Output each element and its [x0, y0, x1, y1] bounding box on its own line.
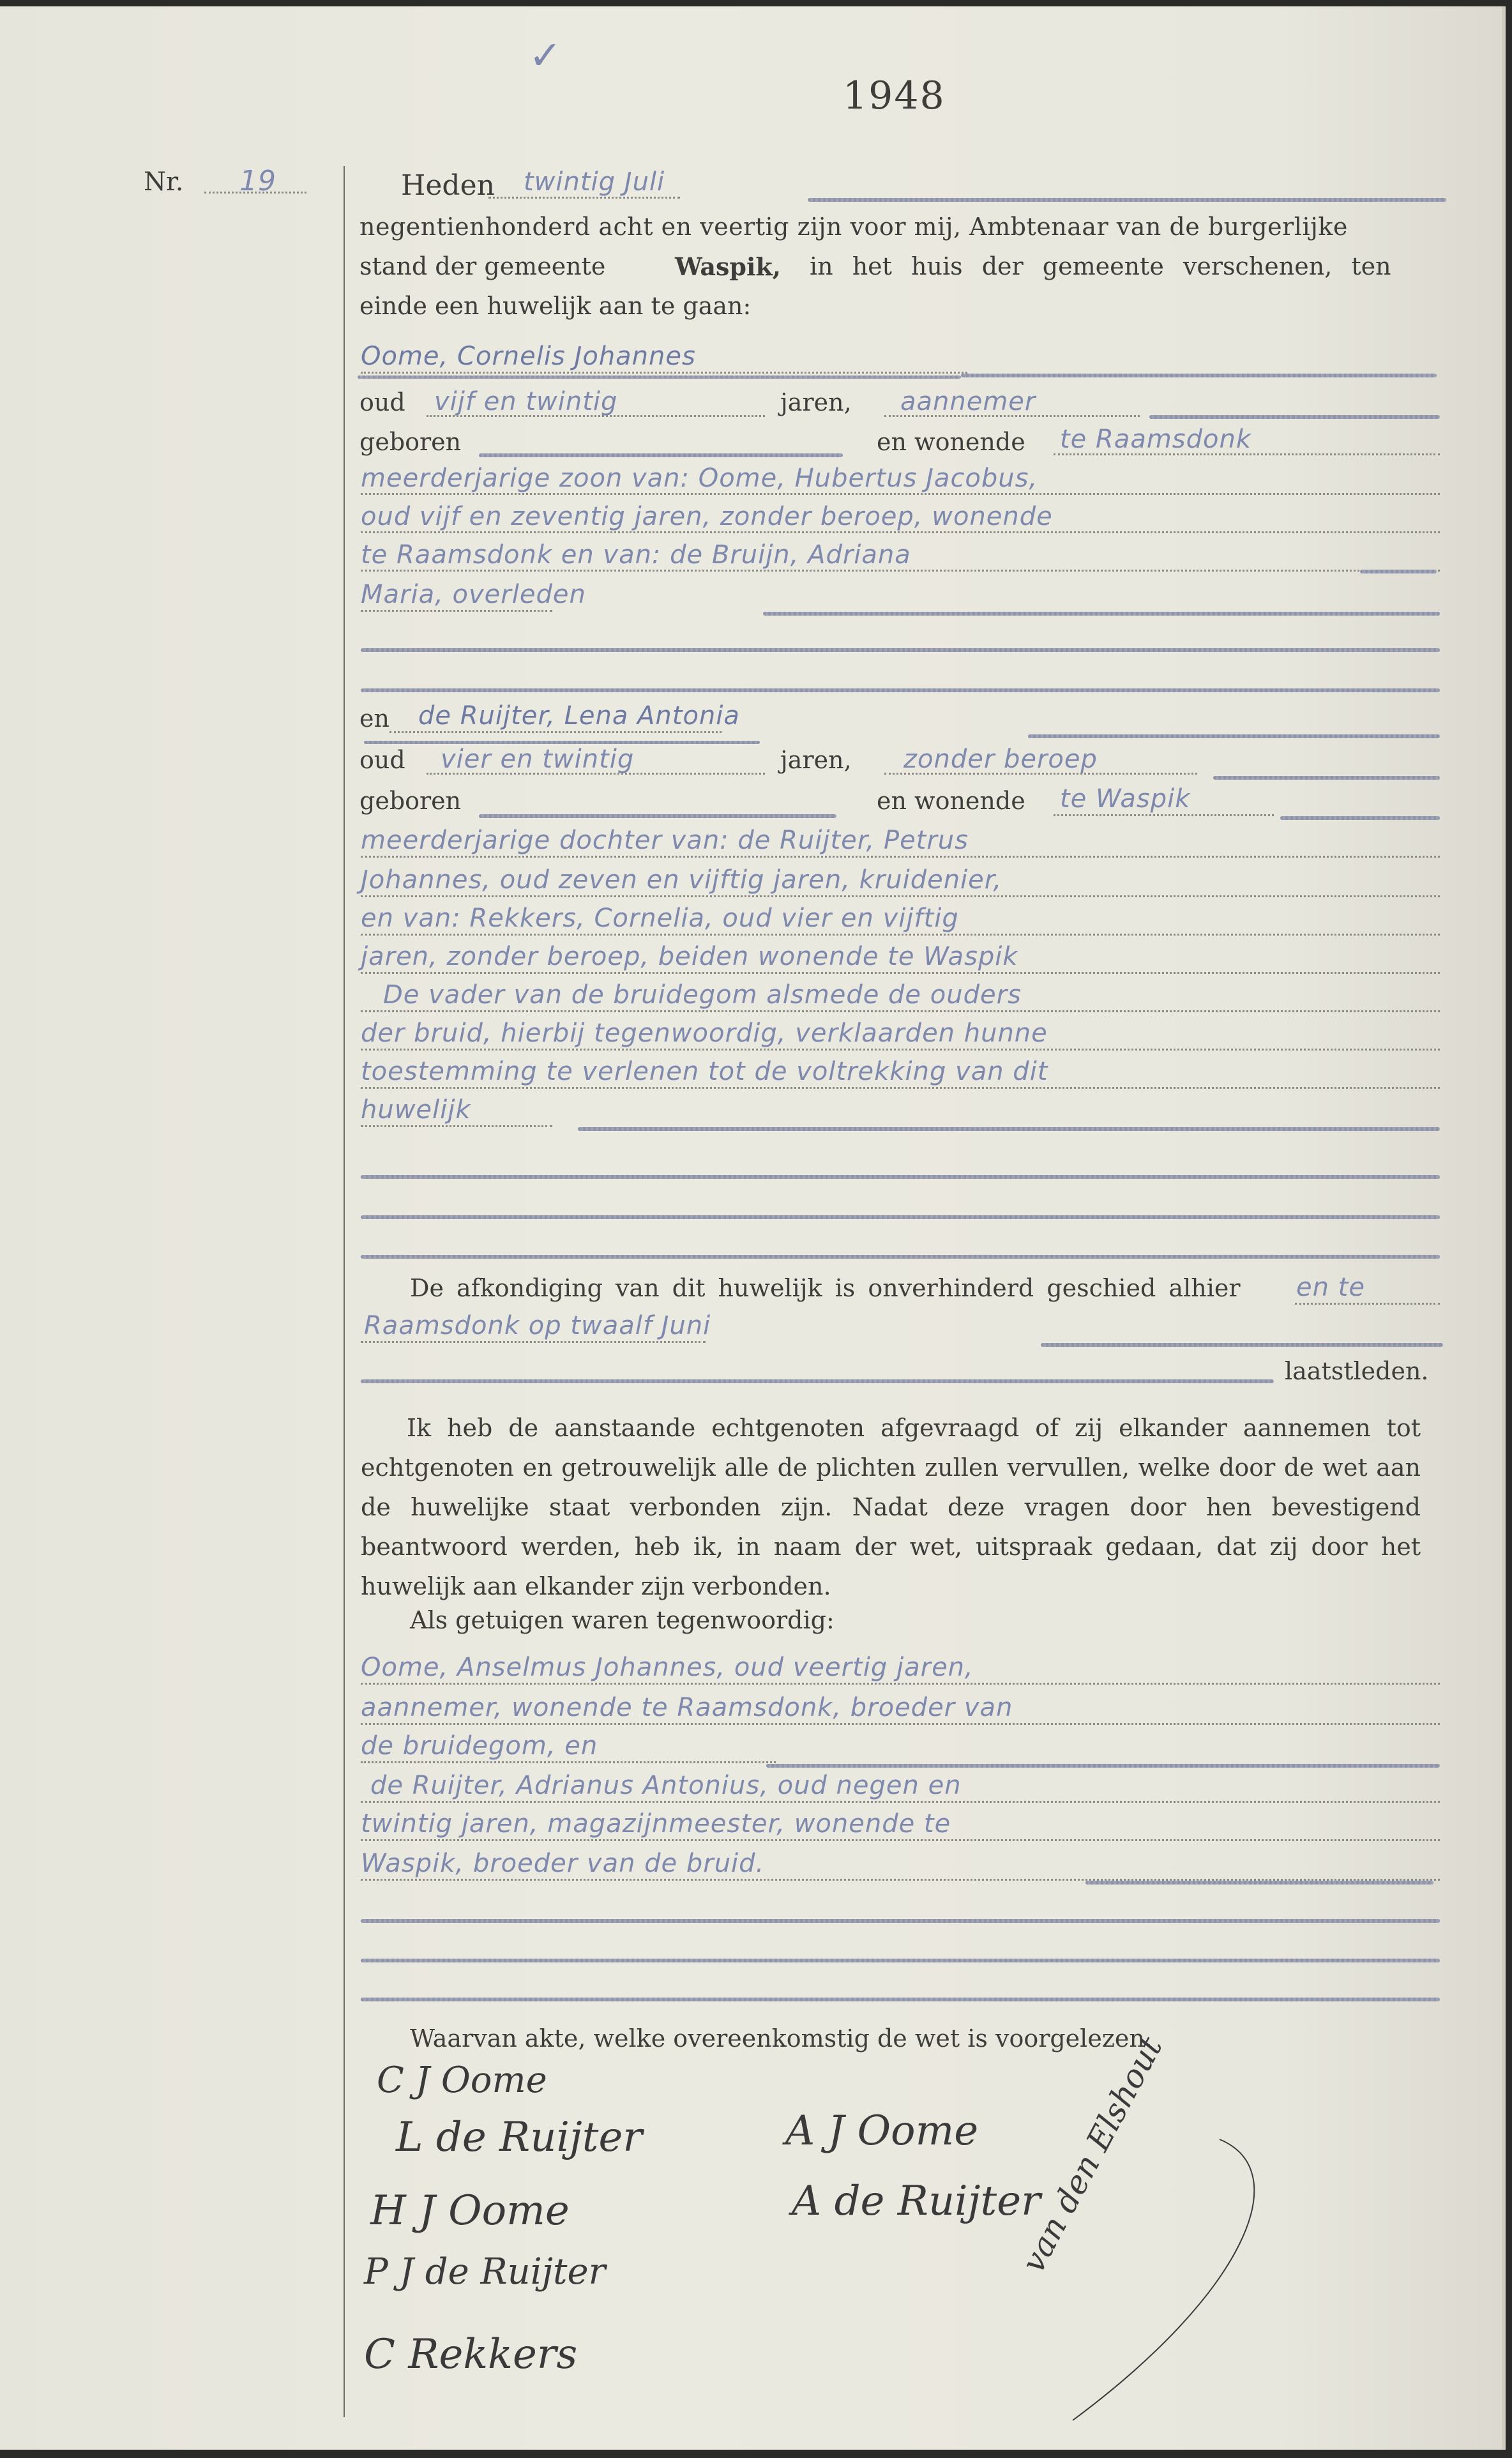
- check-mark: ✓: [529, 32, 562, 79]
- witness-line: de Ruijter, Adrianus Antonius, oud negen…: [370, 1771, 962, 1800]
- signature: C Rekkers: [364, 2331, 577, 2378]
- groom-name-dots: [361, 372, 967, 374]
- bride-details-line: der bruid, hierbij tegenwoordig, verklaa…: [361, 1019, 1048, 1048]
- groom-name-underline: [358, 376, 961, 379]
- fill-line: [961, 374, 1437, 377]
- publication-place-2: Raamsdonk op twaalf Juni: [364, 1311, 711, 1340]
- groom-jaren-label: jaren,: [780, 388, 852, 416]
- groom-residence: te Raamsdonk: [1060, 425, 1251, 454]
- declaration-paragraph: Ik heb de aanstaande echtgenoten afgevra…: [361, 1408, 1421, 1606]
- fill-line: [361, 648, 1440, 652]
- bride-details-line: jaren, zonder beroep, beiden wonende te …: [361, 942, 1018, 971]
- witness-line: aannemer, wonende te Raamsdonk, broeder …: [361, 1693, 1013, 1722]
- groom-details-line: oud vijf en zeventig jaren, zonder beroe…: [361, 502, 1053, 531]
- marriage-date: twintig Juli: [524, 167, 665, 197]
- witnesses-label: Als getuigen waren tegenwoordig:: [410, 1606, 835, 1634]
- fill-line: [1360, 570, 1437, 573]
- municipality-name: Waspik,: [675, 252, 781, 281]
- fill-line: [479, 453, 843, 457]
- groom-residence-label: en wonende: [877, 428, 1025, 456]
- fill-line: [1085, 1881, 1433, 1885]
- bride-born-label: geboren: [359, 787, 461, 815]
- publication-text: De afkondiging van dit huwelijk is onver…: [410, 1274, 1241, 1302]
- groom-age: vijf en twintig: [434, 387, 617, 416]
- bride-en-label: en: [359, 704, 389, 732]
- signature: A J Oome: [785, 2107, 978, 2155]
- groom-born-label: geboren: [359, 428, 461, 456]
- fill-line: [1280, 816, 1440, 820]
- signature: H J Oome: [370, 2187, 570, 2234]
- signature-flourish: [1054, 2133, 1296, 2427]
- signature: P J de Ruijter: [364, 2251, 605, 2293]
- fill-line: [361, 1379, 1274, 1383]
- bride-residence: te Waspik: [1060, 784, 1190, 814]
- publication-place-1: en te: [1296, 1273, 1365, 1302]
- witness-line: de bruidegom, en: [361, 1731, 598, 1761]
- witness-line: Oome, Anselmus Johannes, oud veertig jar…: [361, 1653, 974, 1682]
- groom-details-line: te Raamsdonk en van: de Bruijn, Adriana: [361, 540, 911, 570]
- fill-line: [766, 1764, 1440, 1768]
- fill-line: [361, 1175, 1440, 1179]
- groom-details-line: meerderjarige zoon van: Oome, Hubertus J…: [361, 464, 1038, 493]
- fill-line: [479, 814, 836, 818]
- bride-details-line: Johannes, oud zeven en vijftig jaren, kr…: [361, 865, 1002, 895]
- fill-line: [361, 1998, 1440, 2001]
- bride-details-line: huwelijk: [361, 1095, 471, 1125]
- bride-name: de Ruijter, Lena Antonia: [418, 701, 740, 731]
- opening-line-2a: stand der gemeente: [359, 252, 605, 280]
- opening-line-2b: in het huis der gemeente verschenen, ten: [810, 252, 1391, 280]
- groom-age-label: oud: [359, 388, 405, 416]
- fill-line: [1028, 734, 1440, 738]
- bride-age: vier en twintig: [441, 745, 634, 774]
- bride-name-underline: [364, 741, 760, 744]
- record-number-label: Nr.: [144, 167, 183, 197]
- year-heading: 1948: [843, 73, 946, 118]
- fill-line: [1149, 415, 1440, 419]
- signature: C J Oome: [377, 2060, 547, 2101]
- record-number-value: 19: [239, 165, 276, 197]
- fill-line: [1213, 776, 1440, 780]
- groom-details-line: Maria, overleden: [361, 580, 586, 609]
- date-dots: [488, 197, 680, 199]
- declaration-text: Ik heb de aanstaande echtgenoten afgevra…: [361, 1414, 1421, 1600]
- bride-details-line: meerderjarige dochter van: de Ruijter, P…: [361, 826, 969, 855]
- fill-line: [361, 1959, 1440, 1962]
- groom-name: Oome, Cornelis Johannes: [361, 342, 696, 371]
- opening-line-1: negentienhonderd acht en veertig zijn vo…: [359, 213, 1348, 241]
- bride-details-line: en van: Rekkers, Cornelia, oud vier en v…: [361, 904, 959, 933]
- bride-jaren-label: jaren,: [780, 746, 852, 774]
- witness-line: twintig jaren, magazijnmeester, wonende …: [361, 1809, 951, 1839]
- bride-occupation: zonder beroep: [903, 745, 1098, 774]
- fill-line: [361, 1919, 1440, 1923]
- bride-details-line: De vader van de bruidegom alsmede de oud…: [383, 980, 1022, 1010]
- publication-suffix: laatstleden.: [1285, 1357, 1429, 1385]
- opening-line-3: einde een huwelijk aan te gaan:: [359, 292, 751, 320]
- margin-rule: [344, 166, 345, 2417]
- groom-occupation: aannemer: [900, 387, 1036, 416]
- fill-line: [578, 1127, 1440, 1131]
- fill-line: [1041, 1343, 1443, 1347]
- heden-label: Heden: [401, 169, 495, 202]
- fill-line: [361, 688, 1440, 692]
- fill-line: [361, 1255, 1440, 1259]
- fill-line: [361, 1215, 1440, 1219]
- bride-age-label: oud: [359, 746, 405, 774]
- fill-line: [763, 612, 1440, 616]
- fill-line: [808, 198, 1446, 202]
- closing-text: Waarvan akte, welke overeenkomstig de we…: [410, 2024, 1153, 2052]
- certificate-page: ✓ 1948 Nr. 19 Heden twintig Juli negenti…: [0, 6, 1506, 2450]
- bride-details-line: toestemming te verlenen tot de voltrekki…: [361, 1057, 1048, 1086]
- signature: A de Ruijter: [792, 2178, 1041, 2225]
- witness-line: Waspik, broeder van de bruid.: [361, 1849, 764, 1878]
- signature: L de Ruijter: [396, 2114, 642, 2161]
- bride-residence-label: en wonende: [877, 787, 1025, 815]
